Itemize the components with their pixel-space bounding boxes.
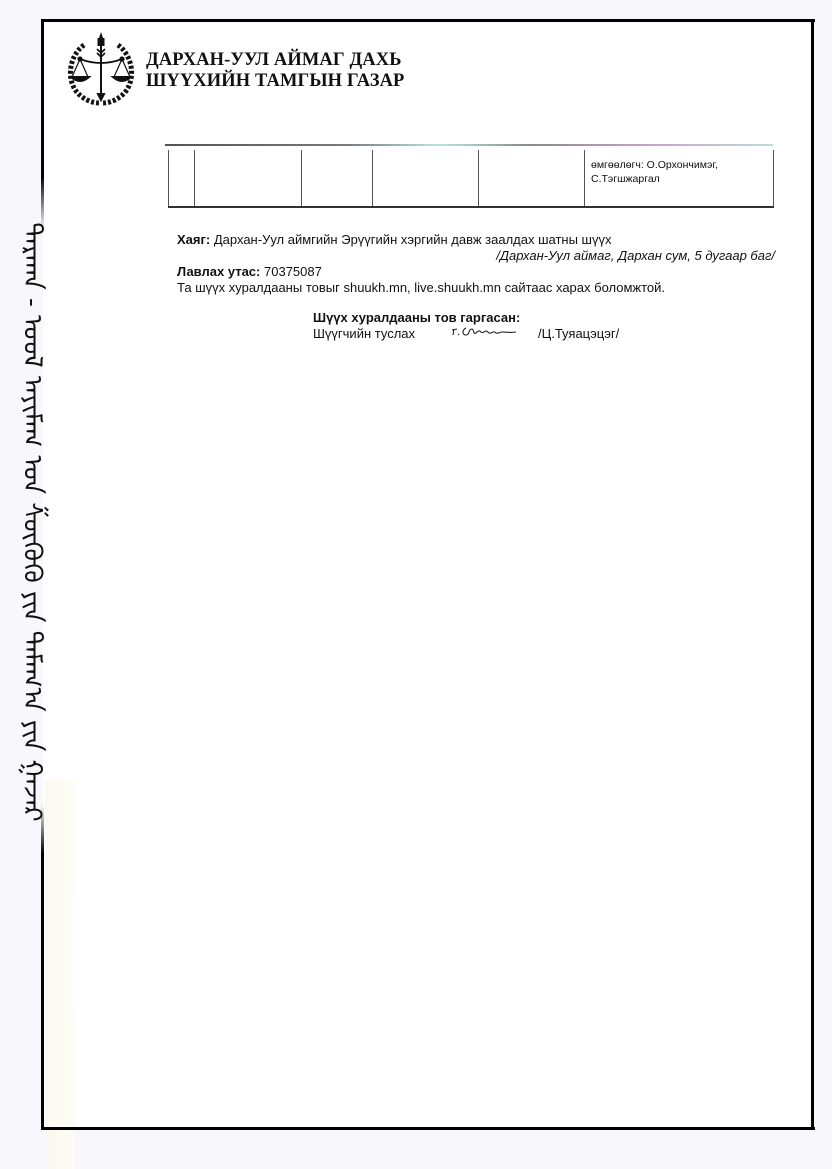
table-cell	[169, 150, 195, 207]
table-cell	[302, 150, 373, 207]
hearing-schedule-table: өмгөөлөгч: О.Орхончимэг, С.Тэгшжаргал	[168, 150, 774, 208]
address-label: Хаяг:	[177, 232, 210, 247]
table-cell	[195, 150, 302, 207]
organization-title-line2: ШҮҮХИЙН ТАМГЫН ГАЗАР	[146, 71, 404, 92]
table-cell	[373, 150, 479, 207]
table-cell	[479, 150, 585, 207]
signer-role: Шүүгчийн туслах	[313, 326, 443, 342]
contact-info: Хаяг: Дархан-Уул аймгийн Эрүүгийн хэргий…	[177, 232, 777, 296]
scan-artifact	[45, 780, 75, 1169]
organization-title-line1: ДАРХАН-УУЛ АЙМАГ ДАХЬ	[146, 50, 404, 71]
table-cell-participants: өмгөөлөгч: О.Орхончимэг, С.Тэгшжаргал	[585, 150, 774, 207]
organization-title: ДАРХАН-УУЛ АЙМАГ ДАХЬ ШҮҮХИЙН ТАМГЫН ГАЗ…	[146, 50, 404, 92]
vertical-mongolian-title: ᠳᠠᠷᠬᠠᠨ - ᠤᠤᠯ ᠠᠶᠢᠮᠠᠭ ᠤᠨ ᠱᠦᠭᠦᠬᠦ ᠶᠢᠨ ᠲᠠᠮᠠᠭ᠎…	[14, 232, 64, 812]
table-top-rule	[165, 144, 773, 146]
handwritten-signature-icon	[448, 324, 528, 340]
page-frame-right	[811, 19, 814, 1130]
page-frame-left-lower	[41, 805, 44, 1130]
address-detail: /Дархан-Уул аймаг, Дархан сум, 5 дугаар …	[177, 248, 777, 264]
mongolian-script-text: ᠳᠠᠷᠬᠠᠨ - ᠤᠤᠯ ᠠᠶᠢᠮᠠᠭ ᠤᠨ ᠱᠦᠭᠦᠬᠦ ᠶᠢᠨ ᠲᠠᠮᠠᠭ᠎…	[16, 222, 62, 821]
page-frame-top	[41, 19, 815, 22]
website-notice: Та шүүх хуралдааны товыг shuukh.mn, live…	[177, 280, 777, 296]
phone-label: Лавлах утас:	[177, 264, 260, 279]
signature-row: Шүүгчийн туслах /Ц.Туяацэцэг/	[313, 326, 520, 342]
table-row: өмгөөлөгч: О.Орхончимэг, С.Тэгшжаргал	[169, 150, 774, 207]
address-line: Хаяг: Дархан-Уул аймгийн Эрүүгийн хэргий…	[177, 232, 777, 248]
signer-name: /Ц.Туяацэцэг/	[538, 326, 619, 342]
address-value: Дархан-Уул аймгийн Эрүүгийн хэргийн давж…	[214, 232, 612, 247]
page-frame-bottom	[41, 1127, 815, 1130]
scales-of-justice-emblem-icon	[62, 31, 140, 109]
phone-line: Лавлах утас: 70375087	[177, 264, 777, 280]
page-frame-left	[41, 19, 44, 229]
phone-value: 70375087	[264, 264, 322, 279]
signature-block: Шүүх хуралдааны тов гаргасан: Шүүгчийн т…	[313, 310, 520, 342]
